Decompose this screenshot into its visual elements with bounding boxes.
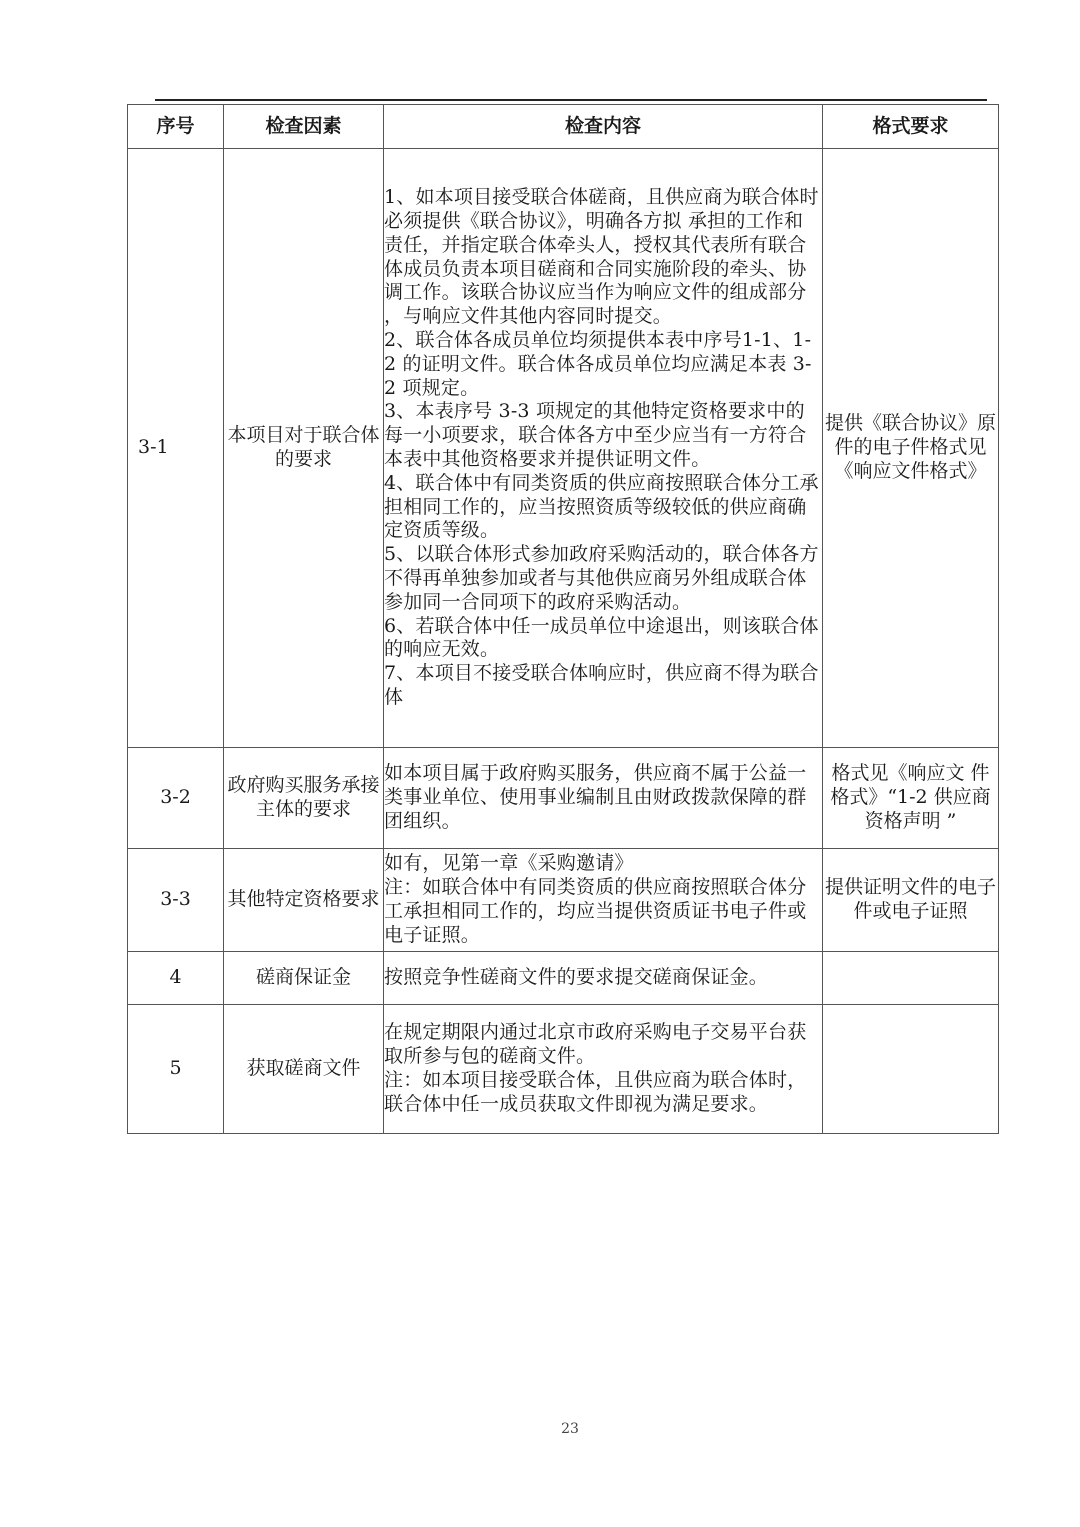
content-item: 4、联合体中有同类资质的供应商按照联合体分工承担相同工作的，应当按照资质等级较低… [384,472,822,543]
row-factor: 其他特定资格要求 [224,849,384,952]
content-item: 3、本表序号 3-3 项规定的其他特定资格要求中的每一小项要求，联合体各方中至少… [384,400,822,471]
header-format: 格式要求 [823,105,999,149]
content-item: 5、以联合体形式参加政府采购活动的，联合体各方不得再单独参加或者与其他供应商另外… [384,543,822,614]
content-item: 按照竞争性磋商文件的要求提交磋商保证金。 [384,966,822,990]
header-no: 序号 [128,105,224,149]
content-item: 注：如联合体中有同类资质的供应商按照联合体分工承担相同工作的，均应当提供资质证书… [384,876,822,947]
content-item: 如本项目属于政府购买服务，供应商不属于公益一类事业单位、使用事业编制且由财政拨款… [384,762,822,833]
row-content: 如有，见第一章《采购邀请》 注：如联合体中有同类资质的供应商按照联合体分工承担相… [384,849,823,952]
table-header-row: 序号 检查因素 检查内容 格式要求 [128,105,999,149]
row-format [823,1005,999,1134]
row-format: 格式见《响应文 件格式》“1-2 供应商资格声明 ” [823,748,999,849]
content-item: 7、本项目不接受联合体响应时，供应商不得为联合体 [384,662,822,710]
row-number: 3-3 [128,849,224,952]
row-format [823,952,999,1005]
row-content: 按照竞争性磋商文件的要求提交磋商保证金。 [384,952,823,1005]
row-content: 在规定期限内通过北京市政府采购电子交易平台获取所参与包的磋商文件。 注：如本项目… [384,1005,823,1134]
header-content: 检查内容 [384,105,823,149]
row-format: 提供证明文件的电子件或电子证照 [823,849,999,952]
content-item: 6、若联合体中任一成员单位中途退出，则该联合体的响应无效。 [384,615,822,663]
row-content: 如本项目属于政府购买服务，供应商不属于公益一类事业单位、使用事业编制且由财政拨款… [384,748,823,849]
content-item: 如有，见第一章《采购邀请》 [384,852,822,876]
table-row: 3-3 其他特定资格要求 如有，见第一章《采购邀请》 注：如联合体中有同类资质的… [128,849,999,952]
row-factor: 磋商保证金 [224,952,384,1005]
row-content: 1、如本项目接受联合体磋商，且供应商为联合体时必须提供《联合协议》，明确各方拟 … [384,149,823,748]
qualification-check-table: 序号 检查因素 检查内容 格式要求 3-1 本项目对于联合体的要求 1、如本项目… [127,104,999,1134]
row-factor: 获取磋商文件 [224,1005,384,1134]
row-format: 提供《联合协议》原件的电子件格式见《响应文件格式》 [823,149,999,748]
content-item: 在规定期限内通过北京市政府采购电子交易平台获取所参与包的磋商文件。 [384,1021,822,1069]
table-row: 3-2 政府购买服务承接主体的要求 如本项目属于政府购买服务，供应商不属于公益一… [128,748,999,849]
table-row: 3-1 本项目对于联合体的要求 1、如本项目接受联合体磋商，且供应商为联合体时必… [128,149,999,748]
row-number: 4 [128,952,224,1005]
row-number: 3-2 [128,748,224,849]
row-factor: 政府购买服务承接主体的要求 [224,748,384,849]
header-rule [155,99,987,101]
page-number: 23 [0,1421,1080,1437]
content-item: 2、联合体各成员单位均须提供本表中序号1-1、1-2 的证明文件。联合体各成员单… [384,329,822,400]
row-factor: 本项目对于联合体的要求 [224,149,384,748]
content-item: 注：如本项目接受联合体，且供应商为联合体时，联合体中任一成员获取文件即视为满足要… [384,1069,822,1117]
row-number: 3-1 [128,149,224,748]
table-row: 4 磋商保证金 按照竞争性磋商文件的要求提交磋商保证金。 [128,952,999,1005]
content-item: 1、如本项目接受联合体磋商，且供应商为联合体时必须提供《联合协议》，明确各方拟 … [384,186,822,329]
table-row: 5 获取磋商文件 在规定期限内通过北京市政府采购电子交易平台获取所参与包的磋商文… [128,1005,999,1134]
header-factor: 检查因素 [224,105,384,149]
row-number: 5 [128,1005,224,1134]
